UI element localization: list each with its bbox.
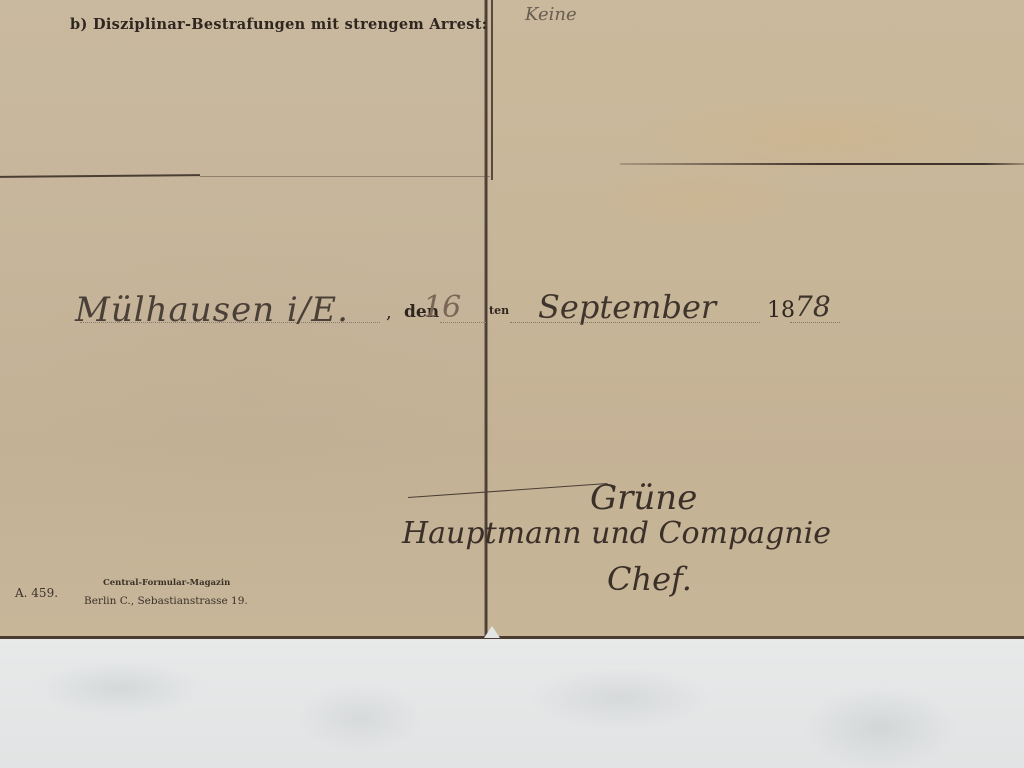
signature-name: Grüne [590, 478, 697, 518]
month-handwritten: September [538, 288, 716, 326]
place-handwritten: Mülhausen i/E. [75, 290, 349, 330]
publisher-address: Berlin C., Sebastianstrasse 19. [84, 595, 248, 607]
day-handwritten: 16 [423, 290, 461, 325]
section-b-label: b) Disziplinar-Bestrafungen mit strengem… [70, 16, 487, 33]
publisher-name: Central-Formular-Magazin [103, 578, 230, 588]
vertical-fold-line-upper [491, 0, 493, 180]
day-suffix-label: ten [489, 304, 509, 317]
year-printed-prefix: 18 [767, 298, 795, 323]
horizontal-fold-crease-left-faint [200, 176, 490, 177]
signature-title: Hauptmann und Compagnie [402, 516, 831, 551]
tablecloth-background [0, 628, 1024, 768]
comma-separator: , [386, 302, 392, 323]
year-handwritten-suffix: 78 [795, 290, 831, 323]
section-b-handwritten-value: Keine [525, 4, 577, 25]
signature-title-line2: Chef. [607, 560, 692, 598]
horizontal-fold-tear-right [620, 163, 1024, 165]
fold-notch [484, 626, 500, 638]
form-number: A. 459. [15, 586, 58, 600]
